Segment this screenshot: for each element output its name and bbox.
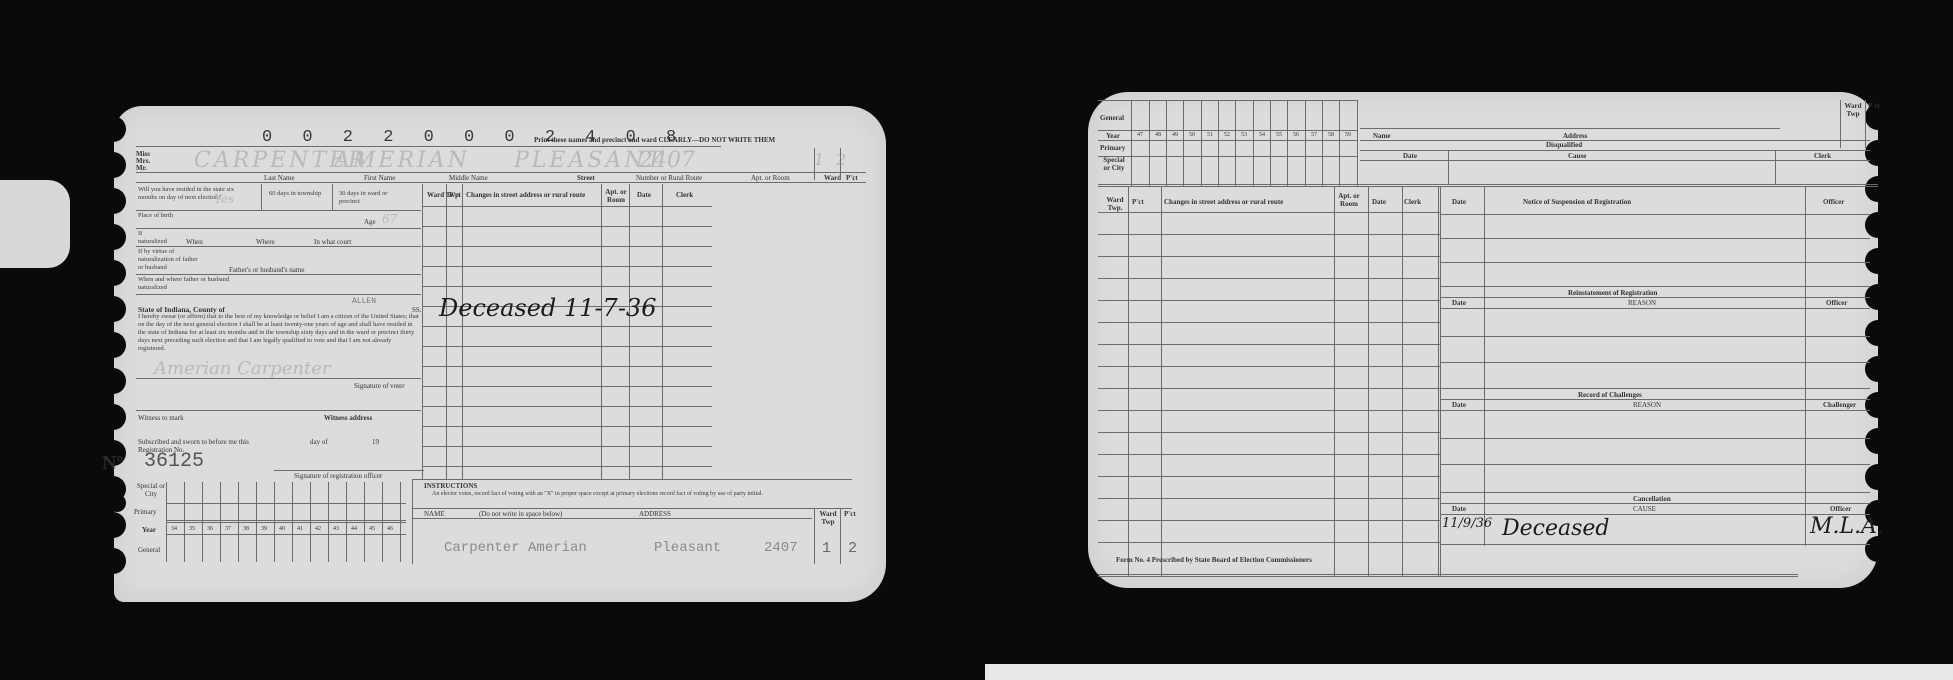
- rchanges-header-pct: P'ct: [1132, 198, 1144, 206]
- answer-state: Yes: [214, 192, 234, 206]
- rgrid-row-primary: Primary: [1100, 144, 1125, 152]
- witness-mark-label: Witness to mark: [138, 414, 184, 422]
- rchanges-header-ward: Ward Twp.: [1102, 196, 1128, 212]
- changes-header-apt: Apt. or Room: [604, 188, 628, 204]
- film-edge-tab: [0, 180, 70, 268]
- changes-entry-deceased: Deceased 11-7-36: [439, 294, 656, 322]
- stamp-street: Pleasant: [654, 540, 721, 556]
- form-footer: Form No. 4 Prescribed by State Board of …: [1116, 556, 1312, 564]
- instructions-note: (Do not write in space below): [479, 510, 562, 518]
- father-name-label: Father's or husband's name: [229, 266, 304, 274]
- reinstatement-header-date: Date: [1452, 299, 1466, 307]
- card-notch: [100, 188, 126, 214]
- signature-label: Signature of voter: [354, 382, 405, 390]
- year-cell: 34: [168, 526, 180, 532]
- registration-number: 36125: [144, 450, 204, 473]
- number-value: 2407: [639, 148, 695, 173]
- instructions-pct-label: P'ct: [844, 510, 856, 518]
- year-cell: 58: [1325, 132, 1337, 138]
- changes-header-date: Date: [637, 191, 651, 199]
- virtue-label: If by virtue of naturalization of father…: [138, 248, 200, 272]
- field-name-label: Name: [1373, 132, 1391, 140]
- label-pct: P'ct: [846, 174, 858, 182]
- grid-row-special: Special or City: [136, 482, 166, 498]
- card-notch: [1865, 176, 1891, 202]
- year-cell: 45: [366, 526, 378, 532]
- year-cell: 43: [330, 526, 342, 532]
- field-cause-label: Cause: [1568, 152, 1586, 160]
- field-clerk-label: Clerk: [1814, 152, 1831, 160]
- rgrid-row-special: Special or City: [1100, 156, 1128, 172]
- registration-officer-label: Signature of registration officer: [294, 472, 382, 480]
- label-last-name: Last Name: [264, 174, 295, 182]
- cancellation-header-officer: Officer: [1830, 505, 1851, 513]
- court-label: In what court: [314, 238, 351, 246]
- label-number: Number or Rural Route: [636, 174, 702, 182]
- year-cell: 57: [1308, 132, 1320, 138]
- challenges-header-challenger: Challenger: [1823, 401, 1856, 409]
- year-cell: 41: [294, 526, 306, 532]
- film-edge-strip: [985, 664, 1953, 680]
- field-date-label: Date: [1403, 152, 1417, 160]
- label-first-name: First Name: [364, 174, 395, 182]
- card-notch: [100, 296, 126, 322]
- cancellation-cause: Deceased: [1502, 516, 1610, 541]
- q-ward: 30 days in ward or precinct: [339, 190, 404, 206]
- changes-header-pct: P'ct: [449, 191, 461, 199]
- card-notch: [100, 512, 126, 538]
- when-label: When: [186, 238, 203, 246]
- registration-card-back: General Year Primary Special or City 47 …: [1088, 92, 1878, 588]
- year-cell: 42: [312, 526, 324, 532]
- ward-value: 1: [814, 150, 824, 169]
- rchanges-header-apt: Apt. or Room: [1336, 192, 1362, 208]
- card-notch: [100, 152, 126, 178]
- county-value: ALLEN: [352, 298, 376, 306]
- year-cell: 52: [1221, 132, 1233, 138]
- year-cell: 35: [186, 526, 198, 532]
- year-cell: 38: [240, 526, 252, 532]
- grid-row-general: General: [138, 546, 160, 554]
- challenges-header-date: Date: [1452, 401, 1466, 409]
- birth-label: Place of birth: [138, 212, 188, 220]
- stamp-pct: 2: [848, 540, 857, 557]
- year-cell: 51: [1204, 132, 1216, 138]
- year-cell: 56: [1290, 132, 1302, 138]
- label-ward: Ward: [824, 174, 841, 182]
- card-notch: [1865, 356, 1891, 382]
- card-notch: [100, 548, 126, 574]
- card-notch: [1865, 392, 1891, 418]
- cancellation-officer: M.L.A.: [1810, 514, 1884, 539]
- first-name-value: AMERIAN: [334, 148, 470, 173]
- age-label: Age: [364, 218, 376, 226]
- card-notch: [1865, 464, 1891, 490]
- year-cell: 50: [1186, 132, 1198, 138]
- age-value: 67: [382, 212, 397, 226]
- card-notch: [100, 404, 126, 430]
- rgrid-row-general: General: [1100, 114, 1124, 122]
- year-cell: 54: [1256, 132, 1268, 138]
- oath-text: I hereby swear (or affirm) that to the b…: [138, 313, 420, 353]
- stamp-name: Carpenter Amerian: [444, 540, 587, 556]
- reinstatement-header-officer: Officer: [1826, 299, 1847, 307]
- card-notch: [100, 224, 126, 250]
- field-pct-label: P'ct: [1868, 102, 1880, 110]
- q-resided-state: Will you have resided in the state six m…: [138, 186, 253, 202]
- card-notch: [1865, 320, 1891, 346]
- q-township: 60 days in township: [269, 190, 329, 198]
- card-notch: [100, 368, 126, 394]
- voter-signature: Amerian Carpenter: [154, 358, 331, 379]
- card-notch: [1865, 536, 1891, 562]
- field-ward-label: Ward Twp: [1842, 102, 1864, 118]
- instructions-ward-label: Ward Twp: [817, 510, 839, 526]
- where-father-label: When and where father or husband natural…: [138, 276, 233, 292]
- card-notch: [1865, 140, 1891, 166]
- year-cell: 59: [1342, 132, 1354, 138]
- label-middle-name: Middle Name: [449, 174, 488, 182]
- card-notch: [100, 260, 126, 286]
- challenges-title: Record of Challenges: [1578, 391, 1642, 399]
- reinstatement-title: Reinstatement of Registration: [1568, 289, 1657, 297]
- card-notch: [100, 332, 126, 358]
- suspension-header-date: Date: [1452, 198, 1466, 206]
- no-symbol: Nº: [102, 452, 123, 474]
- cancellation-title: Cancellation: [1633, 495, 1671, 503]
- stamp-ward: 1: [822, 540, 831, 557]
- year-cell: 36: [204, 526, 216, 532]
- header-instruction: Print these names and precinct and ward …: [534, 136, 775, 144]
- changes-header-clerk: Clerk: [676, 191, 693, 199]
- rchanges-header-clerk: Clerk: [1404, 198, 1421, 206]
- year-cell: 53: [1238, 132, 1250, 138]
- suspension-header-notice: Notice of Suspension of Registration: [1523, 198, 1631, 206]
- instructions-name-label: NAME: [424, 510, 445, 518]
- year-cell: 47: [1134, 132, 1146, 138]
- title-mr: Mr.: [136, 164, 147, 172]
- field-disqualified-label: Disqualified: [1546, 141, 1582, 149]
- instructions-title: INSTRUCTIONS: [424, 482, 477, 490]
- label-street: Street: [577, 174, 595, 182]
- card-notch: [100, 116, 126, 142]
- rchanges-header-address: Changes in street address or rural route: [1164, 198, 1283, 206]
- cancellation-header-date: Date: [1452, 505, 1466, 513]
- registration-card-front: 0 0 2 2 0 0 0 2 4 0 8 Print these names …: [114, 106, 886, 602]
- challenges-header-reason: REASON: [1633, 401, 1661, 409]
- reinstatement-header-reason: REASON: [1628, 299, 1656, 307]
- card-notch: [1865, 212, 1891, 238]
- rchanges-header-date: Date: [1372, 198, 1386, 206]
- where-label: Where: [256, 238, 275, 246]
- suspension-header-officer: Officer: [1823, 198, 1844, 206]
- instructions-address-label: ADDRESS: [639, 510, 671, 518]
- cancellation-header-cause: CAUSE: [1633, 505, 1656, 513]
- witness-address-label: Witness address: [324, 414, 372, 422]
- year-cell: 44: [348, 526, 360, 532]
- precinct-value: 2: [836, 150, 846, 169]
- card-notch: [1865, 428, 1891, 454]
- year-cell: 49: [1169, 132, 1181, 138]
- label-apt: Apt. or Room: [751, 174, 790, 182]
- subscribed-text: Subscribed and sworn to before me this: [138, 438, 249, 446]
- changes-header-address: Changes in street address or rural route: [466, 191, 585, 199]
- stamp-number: 2407: [764, 540, 798, 556]
- card-notch: [1865, 248, 1891, 274]
- naturalized-label: If naturalized: [138, 230, 168, 246]
- field-address-label: Address: [1563, 132, 1587, 140]
- year-cell: 48: [1152, 132, 1164, 138]
- year-cell: 55: [1273, 132, 1285, 138]
- year-cell: 37: [222, 526, 234, 532]
- grid-row-year: Year: [142, 526, 156, 534]
- year-cell: 46: [384, 526, 396, 532]
- instructions-text: An elector votes, record fact of voting …: [432, 490, 812, 498]
- year-cell: 39: [258, 526, 270, 532]
- subscribed-day: day of: [310, 438, 328, 446]
- rgrid-row-year: Year: [1106, 132, 1120, 140]
- grid-row-primary: Primary: [134, 508, 157, 516]
- cancellation-date: 11/9/36: [1442, 516, 1492, 531]
- subscribed-year: 19: [372, 438, 379, 446]
- year-cell: 40: [276, 526, 288, 532]
- card-hole: [108, 494, 126, 512]
